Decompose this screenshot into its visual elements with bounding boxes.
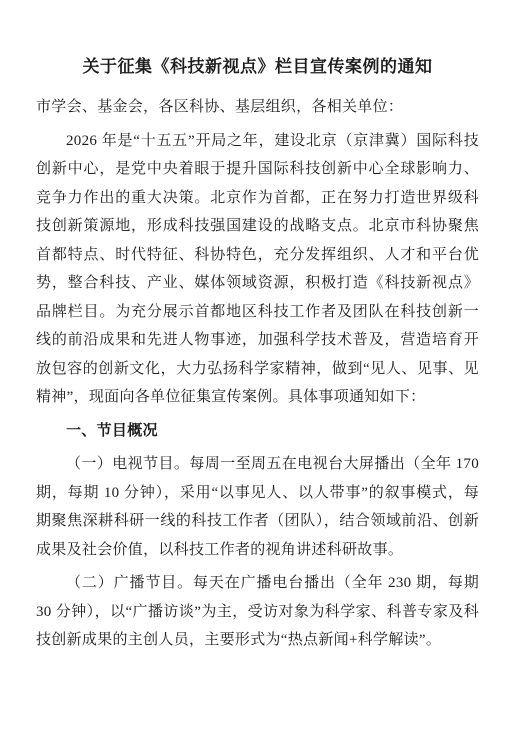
- document-page: 关于征集《科技新视点》栏目宣传案例的通知 市学会、基金会，各区科协、基层组织，各…: [0, 0, 515, 732]
- salutation-line: 市学会、基金会，各区科协、基层组织，各相关单位：: [36, 93, 479, 122]
- paragraph-radio-program: （二）广播节目。每天在广播电台播出（全年 230 期，每期 30 分钟），以“广…: [36, 569, 479, 655]
- intro-paragraph: 2026 年是“十五五”开局之年，建设北京（京津冀）国际科技创新中心，是党中央着…: [36, 127, 479, 412]
- section-heading-program-overview: 一、节目概况: [36, 417, 479, 446]
- document-title: 关于征集《科技新视点》栏目宣传案例的通知: [36, 54, 479, 80]
- paragraph-tv-program: （一）电视节目。每周一至周五在电视台大屏播出（全年 170 期，每期 10 分钟…: [36, 450, 479, 564]
